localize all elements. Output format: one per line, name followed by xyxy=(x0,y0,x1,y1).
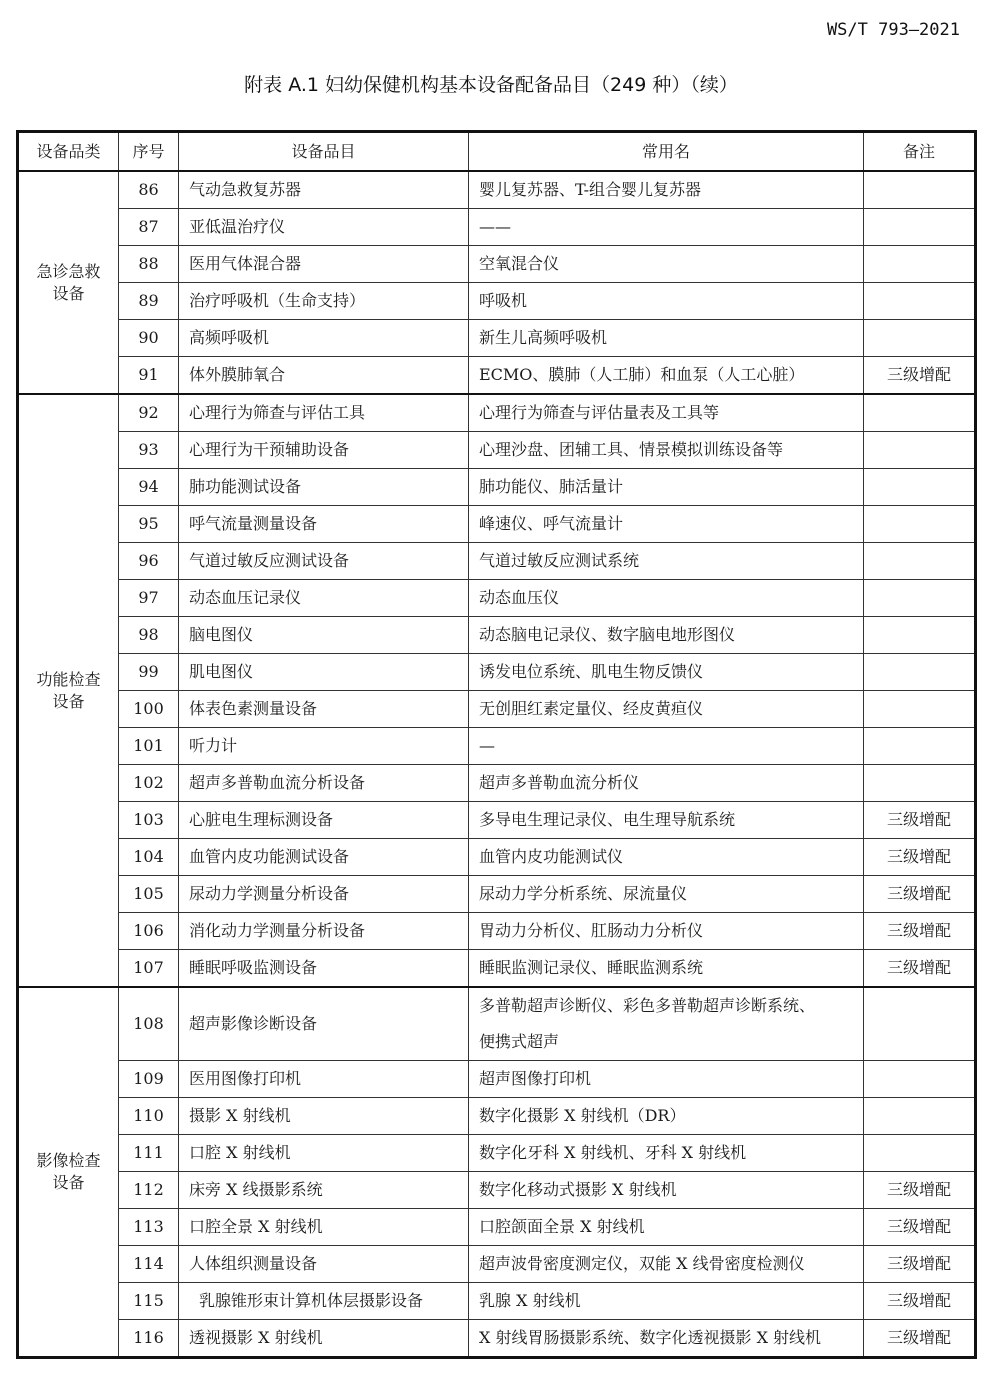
common-name-cell: 尿动力学分析系统、尿流量仪 xyxy=(469,876,864,913)
category-label-line: 影像检查 xyxy=(29,1150,108,1172)
note-cell xyxy=(864,691,976,728)
table-row: 91体外膜肺氧合ECMO、膜肺（人工肺）和血泵（人工心脏）三级增配 xyxy=(18,357,976,395)
item-cell: 体外膜肺氧合 xyxy=(179,357,469,395)
note-cell xyxy=(864,728,976,765)
common-name-cell: 心理沙盘、团辅工具、情景模拟训练设备等 xyxy=(469,432,864,469)
note-cell xyxy=(864,506,976,543)
category-cell: 急诊急救设备 xyxy=(18,171,119,394)
note-cell: 三级增配 xyxy=(864,802,976,839)
common-name-cell: —— xyxy=(469,209,864,246)
common-name-cell: 呼吸机 xyxy=(469,283,864,320)
note-cell xyxy=(864,171,976,209)
item-cell: 消化动力学测量分析设备 xyxy=(179,913,469,950)
common-name-cell: ECMO、膜肺（人工肺）和血泵（人工心脏） xyxy=(469,357,864,395)
row-number-cell: 87 xyxy=(119,209,179,246)
column-header-item: 设备品目 xyxy=(179,132,469,172)
note-cell xyxy=(864,1135,976,1172)
common-name-cell: — xyxy=(469,728,864,765)
common-name-cell: 动态脑电记录仪、数字脑电地形图仪 xyxy=(469,617,864,654)
item-cell: 气动急救复苏器 xyxy=(179,171,469,209)
item-cell: 超声影像诊断设备 xyxy=(179,987,469,1061)
note-cell xyxy=(864,1061,976,1098)
table-row: 100体表色素测量设备无创胆红素定量仪、经皮黄疸仪 xyxy=(18,691,976,728)
row-number-cell: 101 xyxy=(119,728,179,765)
table-row: 107睡眠呼吸监测设备睡眠监测记录仪、睡眠监测系统三级增配 xyxy=(18,950,976,988)
item-cell: 医用气体混合器 xyxy=(179,246,469,283)
common-name-cell: 乳腺 X 射线机 xyxy=(469,1283,864,1320)
table-row: 102超声多普勒血流分析设备超声多普勒血流分析仪 xyxy=(18,765,976,802)
item-cell: 乳腺锥形束计算机体层摄影设备 xyxy=(179,1283,469,1320)
category-label-line: 设备 xyxy=(29,283,108,305)
item-cell: 高频呼吸机 xyxy=(179,320,469,357)
table-row: 89治疗呼吸机（生命支持）呼吸机 xyxy=(18,283,976,320)
common-name-cell: 数字化牙科 X 射线机、牙科 X 射线机 xyxy=(469,1135,864,1172)
table-row: 87亚低温治疗仪—— xyxy=(18,209,976,246)
item-cell: 气道过敏反应测试设备 xyxy=(179,543,469,580)
equipment-table: 设备品类 序号 设备品目 常用名 备注 急诊急救设备86气动急救复苏器婴儿复苏器… xyxy=(16,130,977,1359)
table-title: 附表 A.1 妇幼保健机构基本设备配备品目（249 种）（续） xyxy=(0,70,982,97)
item-cell: 心理行为筛查与评估工具 xyxy=(179,394,469,432)
row-number-cell: 108 xyxy=(119,987,179,1061)
row-number-cell: 92 xyxy=(119,394,179,432)
table-row: 99肌电图仪诱发电位系统、肌电生物反馈仪 xyxy=(18,654,976,691)
row-number-cell: 99 xyxy=(119,654,179,691)
item-cell: 人体组织测量设备 xyxy=(179,1246,469,1283)
note-cell: 三级增配 xyxy=(864,1283,976,1320)
note-cell: 三级增配 xyxy=(864,876,976,913)
item-cell: 超声多普勒血流分析设备 xyxy=(179,765,469,802)
category-label-line: 设备 xyxy=(29,1172,108,1194)
table-row: 105尿动力学测量分析设备尿动力学分析系统、尿流量仪三级增配 xyxy=(18,876,976,913)
standard-code: WS/T 793—2021 xyxy=(827,20,960,40)
common-name-cell: 数字化移动式摄影 X 射线机 xyxy=(469,1172,864,1209)
table-row: 111口腔 X 射线机数字化牙科 X 射线机、牙科 X 射线机 xyxy=(18,1135,976,1172)
common-name-cell: 超声波骨密度测定仪，双能 X 线骨密度检测仪 xyxy=(469,1246,864,1283)
note-cell: 三级增配 xyxy=(864,950,976,988)
item-cell: 口腔全景 X 射线机 xyxy=(179,1209,469,1246)
note-cell xyxy=(864,617,976,654)
column-header-category: 设备品类 xyxy=(18,132,119,172)
note-cell xyxy=(864,246,976,283)
row-number-cell: 103 xyxy=(119,802,179,839)
note-cell: 三级增配 xyxy=(864,1320,976,1358)
note-cell: 三级增配 xyxy=(864,1246,976,1283)
table-row: 97动态血压记录仪动态血压仪 xyxy=(18,580,976,617)
common-name-cell: 峰速仪、呼气流量计 xyxy=(469,506,864,543)
item-cell: 医用图像打印机 xyxy=(179,1061,469,1098)
item-cell: 透视摄影 X 射线机 xyxy=(179,1320,469,1358)
row-number-cell: 89 xyxy=(119,283,179,320)
common-name-cell: 数字化摄影 X 射线机（DR） xyxy=(469,1098,864,1135)
common-name-cell: 多导电生理记录仪、电生理导航系统 xyxy=(469,802,864,839)
table-row: 104血管内皮功能测试设备血管内皮功能测试仪三级增配 xyxy=(18,839,976,876)
note-cell xyxy=(864,580,976,617)
note-cell: 三级增配 xyxy=(864,1172,976,1209)
table-row: 94肺功能测试设备肺功能仪、肺活量计 xyxy=(18,469,976,506)
row-number-cell: 109 xyxy=(119,1061,179,1098)
row-number-cell: 86 xyxy=(119,171,179,209)
item-cell: 摄影 X 射线机 xyxy=(179,1098,469,1135)
row-number-cell: 105 xyxy=(119,876,179,913)
common-name-cell: 多普勒超声诊断仪、彩色多普勒超声诊断系统、便携式超声 xyxy=(469,987,864,1061)
table-body: 急诊急救设备86气动急救复苏器婴儿复苏器、T-组合婴儿复苏器87亚低温治疗仪——… xyxy=(18,171,976,1358)
row-number-cell: 113 xyxy=(119,1209,179,1246)
common-name-cell: 气道过敏反应测试系统 xyxy=(469,543,864,580)
common-name-cell: 新生儿高频呼吸机 xyxy=(469,320,864,357)
table-row: 115乳腺锥形束计算机体层摄影设备乳腺 X 射线机三级增配 xyxy=(18,1283,976,1320)
note-cell: 三级增配 xyxy=(864,1209,976,1246)
item-cell: 血管内皮功能测试设备 xyxy=(179,839,469,876)
note-cell: 三级增配 xyxy=(864,839,976,876)
item-cell: 体表色素测量设备 xyxy=(179,691,469,728)
common-name-cell: 婴儿复苏器、T-组合婴儿复苏器 xyxy=(469,171,864,209)
common-name-cell: X 射线胃肠摄影系统、数字化透视摄影 X 射线机 xyxy=(469,1320,864,1358)
note-cell: 三级增配 xyxy=(864,357,976,395)
row-number-cell: 110 xyxy=(119,1098,179,1135)
common-name-cell: 肺功能仪、肺活量计 xyxy=(469,469,864,506)
table-row: 急诊急救设备86气动急救复苏器婴儿复苏器、T-组合婴儿复苏器 xyxy=(18,171,976,209)
table-row: 114人体组织测量设备超声波骨密度测定仪，双能 X 线骨密度检测仪三级增配 xyxy=(18,1246,976,1283)
note-cell xyxy=(864,320,976,357)
item-cell: 心理行为干预辅助设备 xyxy=(179,432,469,469)
table-row: 116透视摄影 X 射线机X 射线胃肠摄影系统、数字化透视摄影 X 射线机三级增… xyxy=(18,1320,976,1358)
row-number-cell: 104 xyxy=(119,839,179,876)
item-cell: 脑电图仪 xyxy=(179,617,469,654)
row-number-cell: 116 xyxy=(119,1320,179,1358)
row-number-cell: 91 xyxy=(119,357,179,395)
table-row: 103心脏电生理标测设备多导电生理记录仪、电生理导航系统三级增配 xyxy=(18,802,976,839)
row-number-cell: 102 xyxy=(119,765,179,802)
table-row: 88医用气体混合器空氧混合仪 xyxy=(18,246,976,283)
common-name-line: 多普勒超声诊断仪、彩色多普勒超声诊断系统、 xyxy=(479,988,853,1024)
note-cell xyxy=(864,209,976,246)
common-name-cell: 睡眠监测记录仪、睡眠监测系统 xyxy=(469,950,864,988)
row-number-cell: 97 xyxy=(119,580,179,617)
item-cell: 尿动力学测量分析设备 xyxy=(179,876,469,913)
table-row: 96气道过敏反应测试设备气道过敏反应测试系统 xyxy=(18,543,976,580)
row-number-cell: 107 xyxy=(119,950,179,988)
category-label-line: 设备 xyxy=(29,691,108,713)
row-number-cell: 88 xyxy=(119,246,179,283)
category-label-line: 功能检查 xyxy=(29,669,108,691)
note-cell xyxy=(864,765,976,802)
column-header-note: 备注 xyxy=(864,132,976,172)
table-row: 95呼气流量测量设备峰速仪、呼气流量计 xyxy=(18,506,976,543)
note-cell xyxy=(864,543,976,580)
row-number-cell: 112 xyxy=(119,1172,179,1209)
common-name-cell: 口腔颌面全景 X 射线机 xyxy=(469,1209,864,1246)
column-header-number: 序号 xyxy=(119,132,179,172)
item-cell: 亚低温治疗仪 xyxy=(179,209,469,246)
table-row: 功能检查设备92心理行为筛查与评估工具心理行为筛查与评估量表及工具等 xyxy=(18,394,976,432)
item-cell: 心脏电生理标测设备 xyxy=(179,802,469,839)
note-cell xyxy=(864,469,976,506)
table-row: 90高频呼吸机新生儿高频呼吸机 xyxy=(18,320,976,357)
common-name-cell: 空氧混合仪 xyxy=(469,246,864,283)
row-number-cell: 96 xyxy=(119,543,179,580)
common-name-cell: 超声多普勒血流分析仪 xyxy=(469,765,864,802)
row-number-cell: 114 xyxy=(119,1246,179,1283)
table-row: 110摄影 X 射线机数字化摄影 X 射线机（DR） xyxy=(18,1098,976,1135)
common-name-cell: 动态血压仪 xyxy=(469,580,864,617)
row-number-cell: 95 xyxy=(119,506,179,543)
row-number-cell: 98 xyxy=(119,617,179,654)
row-number-cell: 94 xyxy=(119,469,179,506)
note-cell xyxy=(864,987,976,1061)
category-cell: 功能检查设备 xyxy=(18,394,119,987)
note-cell: 三级增配 xyxy=(864,913,976,950)
category-cell: 影像检查设备 xyxy=(18,987,119,1358)
common-name-cell: 无创胆红素定量仪、经皮黄疸仪 xyxy=(469,691,864,728)
table-row: 101听力计— xyxy=(18,728,976,765)
item-cell: 睡眠呼吸监测设备 xyxy=(179,950,469,988)
note-cell xyxy=(864,432,976,469)
row-number-cell: 100 xyxy=(119,691,179,728)
common-name-cell: 诱发电位系统、肌电生物反馈仪 xyxy=(469,654,864,691)
note-cell xyxy=(864,394,976,432)
item-cell: 听力计 xyxy=(179,728,469,765)
table-header-row: 设备品类 序号 设备品目 常用名 备注 xyxy=(18,132,976,172)
table-row: 109医用图像打印机超声图像打印机 xyxy=(18,1061,976,1098)
table-row: 93心理行为干预辅助设备心理沙盘、团辅工具、情景模拟训练设备等 xyxy=(18,432,976,469)
column-header-common-name: 常用名 xyxy=(469,132,864,172)
item-cell: 口腔 X 射线机 xyxy=(179,1135,469,1172)
note-cell xyxy=(864,654,976,691)
common-name-cell: 血管内皮功能测试仪 xyxy=(469,839,864,876)
item-cell: 呼气流量测量设备 xyxy=(179,506,469,543)
table-row: 98脑电图仪动态脑电记录仪、数字脑电地形图仪 xyxy=(18,617,976,654)
row-number-cell: 106 xyxy=(119,913,179,950)
item-cell: 肌电图仪 xyxy=(179,654,469,691)
table-row: 影像检查设备108超声影像诊断设备多普勒超声诊断仪、彩色多普勒超声诊断系统、便携… xyxy=(18,987,976,1061)
note-cell xyxy=(864,1098,976,1135)
row-number-cell: 115 xyxy=(119,1283,179,1320)
note-cell xyxy=(864,283,976,320)
item-cell: 床旁 X 线摄影系统 xyxy=(179,1172,469,1209)
common-name-cell: 心理行为筛查与评估量表及工具等 xyxy=(469,394,864,432)
row-number-cell: 93 xyxy=(119,432,179,469)
row-number-cell: 90 xyxy=(119,320,179,357)
common-name-cell: 胃动力分析仪、肛肠动力分析仪 xyxy=(469,913,864,950)
category-label-line: 急诊急救 xyxy=(29,261,108,283)
table-row: 112床旁 X 线摄影系统数字化移动式摄影 X 射线机三级增配 xyxy=(18,1172,976,1209)
item-cell: 治疗呼吸机（生命支持） xyxy=(179,283,469,320)
item-cell: 动态血压记录仪 xyxy=(179,580,469,617)
common-name-line: 便携式超声 xyxy=(479,1024,853,1060)
table-row: 106消化动力学测量分析设备胃动力分析仪、肛肠动力分析仪三级增配 xyxy=(18,913,976,950)
common-name-cell: 超声图像打印机 xyxy=(469,1061,864,1098)
item-cell: 肺功能测试设备 xyxy=(179,469,469,506)
table-row: 113口腔全景 X 射线机口腔颌面全景 X 射线机三级增配 xyxy=(18,1209,976,1246)
row-number-cell: 111 xyxy=(119,1135,179,1172)
